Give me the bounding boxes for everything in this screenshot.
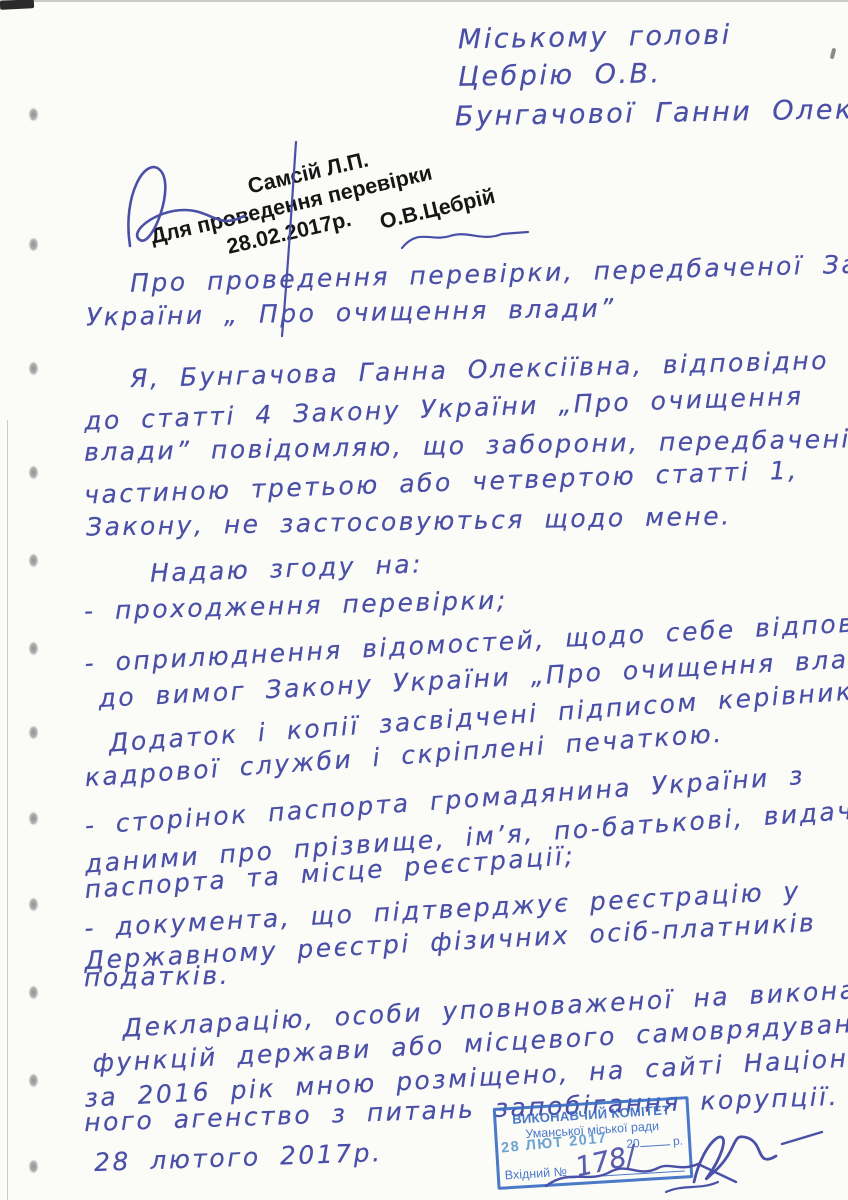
binding-mark (29, 898, 38, 911)
body-line: Закону, не застосовуються щодо мене. (86, 501, 732, 541)
binding-mark (29, 1160, 38, 1173)
scan-corner-mark (0, 0, 34, 10)
scan-top-edge-artifact (0, 0, 848, 2)
addressee-line: Міському голові (458, 20, 732, 56)
scan-left-edge-line (7, 420, 8, 1200)
body-line: України „ Про очищення влади” (86, 293, 616, 331)
binding-mark (29, 986, 38, 999)
resolution-signature-flourish (112, 150, 282, 270)
body-line: податків. (84, 961, 231, 993)
pen-scribble (398, 220, 538, 256)
signature (660, 1120, 840, 1200)
binding-mark (29, 238, 38, 251)
document-date: 28 лютого 2017р. (94, 1138, 383, 1177)
binding-mark (29, 812, 38, 825)
body-line: - проходження перевірки; (84, 585, 508, 625)
binding-mark (29, 362, 38, 375)
binding-mark (29, 554, 38, 567)
binding-mark (29, 466, 38, 479)
scan-ink-speck (830, 48, 837, 60)
addressee-line: Цебрію О.В. (458, 58, 662, 93)
scanned-document-page: Міському голові Цебрію О.В. Бунгачової Г… (0, 0, 848, 1200)
binding-mark (29, 108, 38, 121)
body-line: Надаю згоду на: (150, 549, 424, 588)
binding-mark (29, 726, 38, 739)
binding-mark (29, 642, 38, 655)
binding-mark (29, 1074, 38, 1087)
